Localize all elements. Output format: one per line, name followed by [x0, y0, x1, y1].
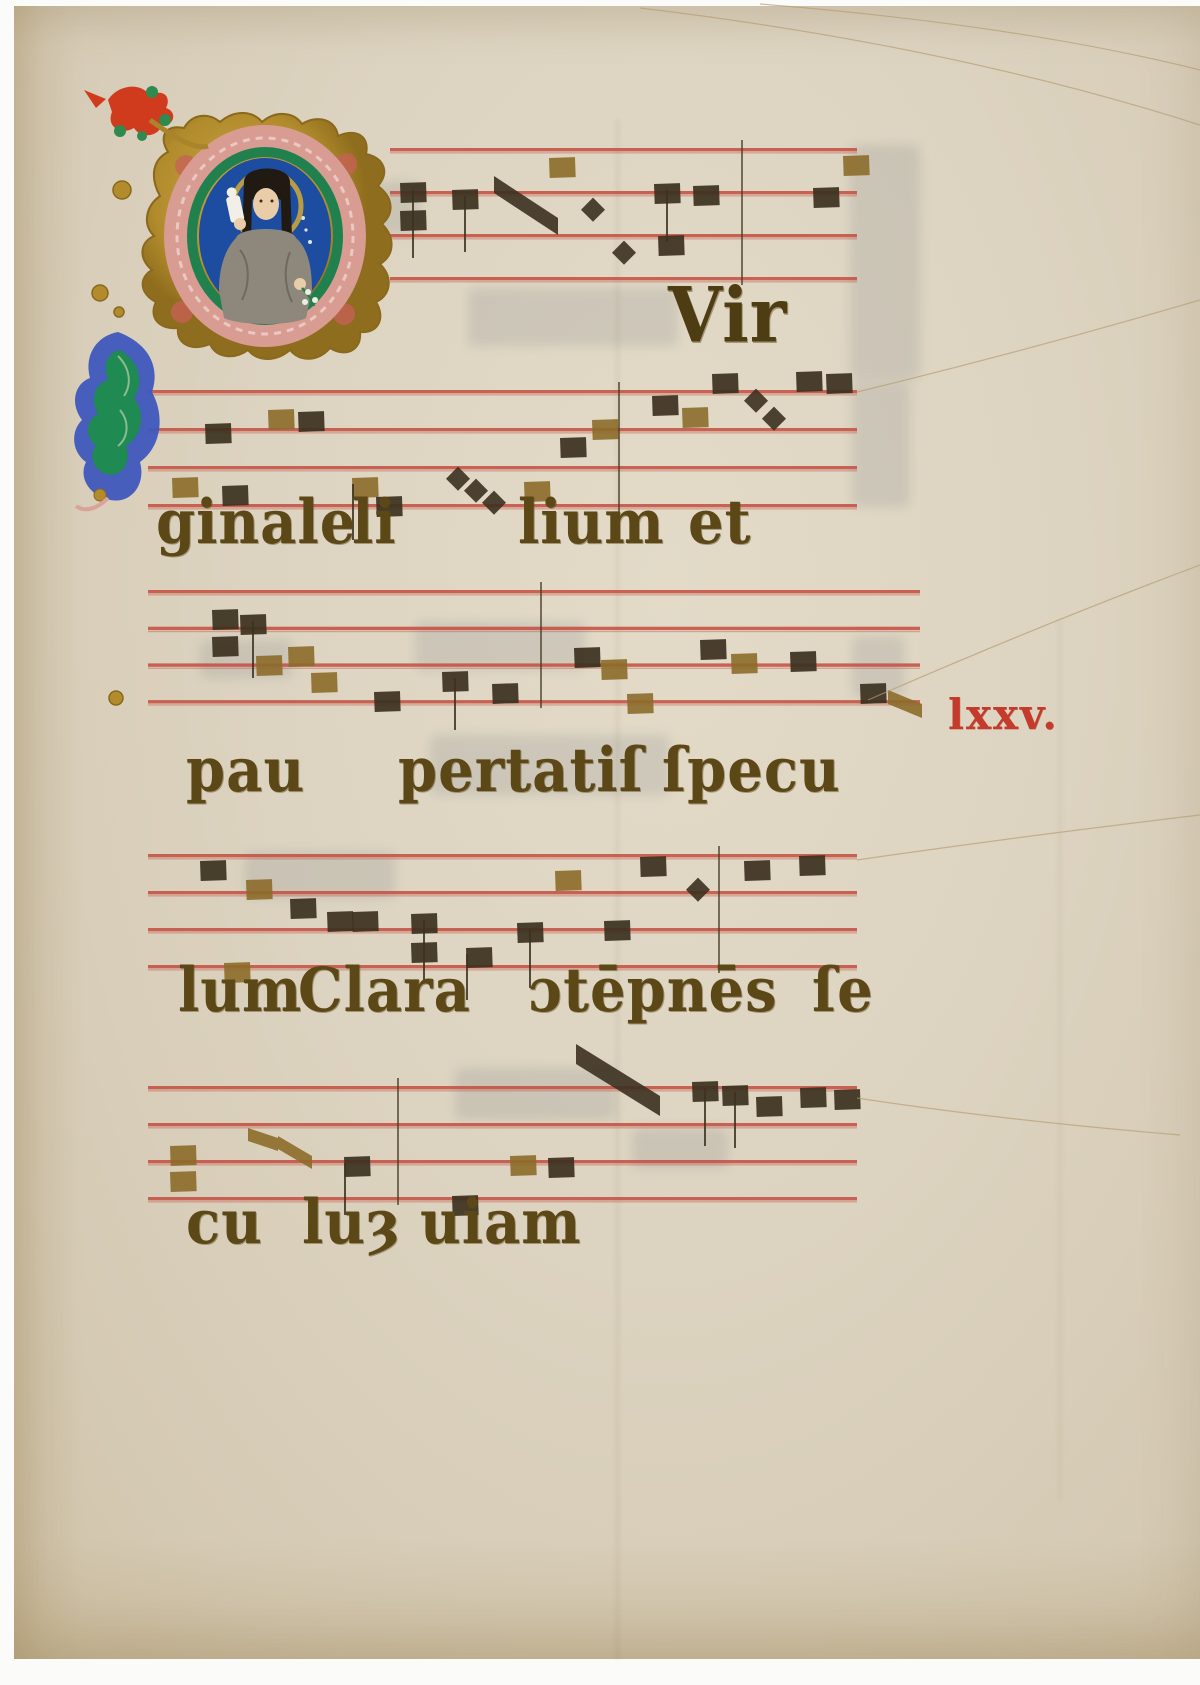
showthrough-ghost [240, 182, 420, 234]
lyric-word: ɔtēpnēs [528, 960, 778, 1020]
manuscript-scan: Vir ginale li lium et pau pertatiſ ſpecu… [0, 0, 1200, 1685]
lyric-word: lium [518, 492, 665, 552]
showthrough-ghost [468, 288, 678, 346]
showthrough-ghost [245, 852, 395, 898]
lyric-word: li [352, 492, 397, 552]
lyric-word: luȝ [302, 1192, 401, 1252]
folio-number: lxxv. [948, 694, 1059, 736]
lyric-word: Clara [298, 960, 471, 1020]
lyric-word: et [688, 492, 752, 552]
lyric-word: cu [186, 1192, 263, 1252]
showthrough-ghost [852, 636, 904, 698]
showthrough-ghost [632, 1128, 728, 1168]
showthrough-ghost [852, 382, 910, 507]
lyric-word: lum [178, 960, 302, 1020]
vertical-crease [1058, 620, 1062, 1500]
lyric-word: ſe [812, 960, 874, 1020]
parchment-leaf [14, 6, 1200, 1659]
lyric-word: ſpecu [662, 740, 841, 800]
showthrough-ghost [415, 622, 585, 670]
showthrough-ghost [455, 1068, 615, 1120]
lyric-word: pertatiſ [398, 740, 644, 800]
lyric-word: pau [186, 740, 305, 800]
vertical-crease [616, 120, 619, 1660]
showthrough-ghost [850, 145, 920, 380]
lyric-word: uiam [420, 1192, 582, 1252]
lyric-word: Vir [668, 278, 788, 354]
showthrough-ghost [200, 640, 292, 678]
lyric-word: ginale [156, 492, 356, 552]
